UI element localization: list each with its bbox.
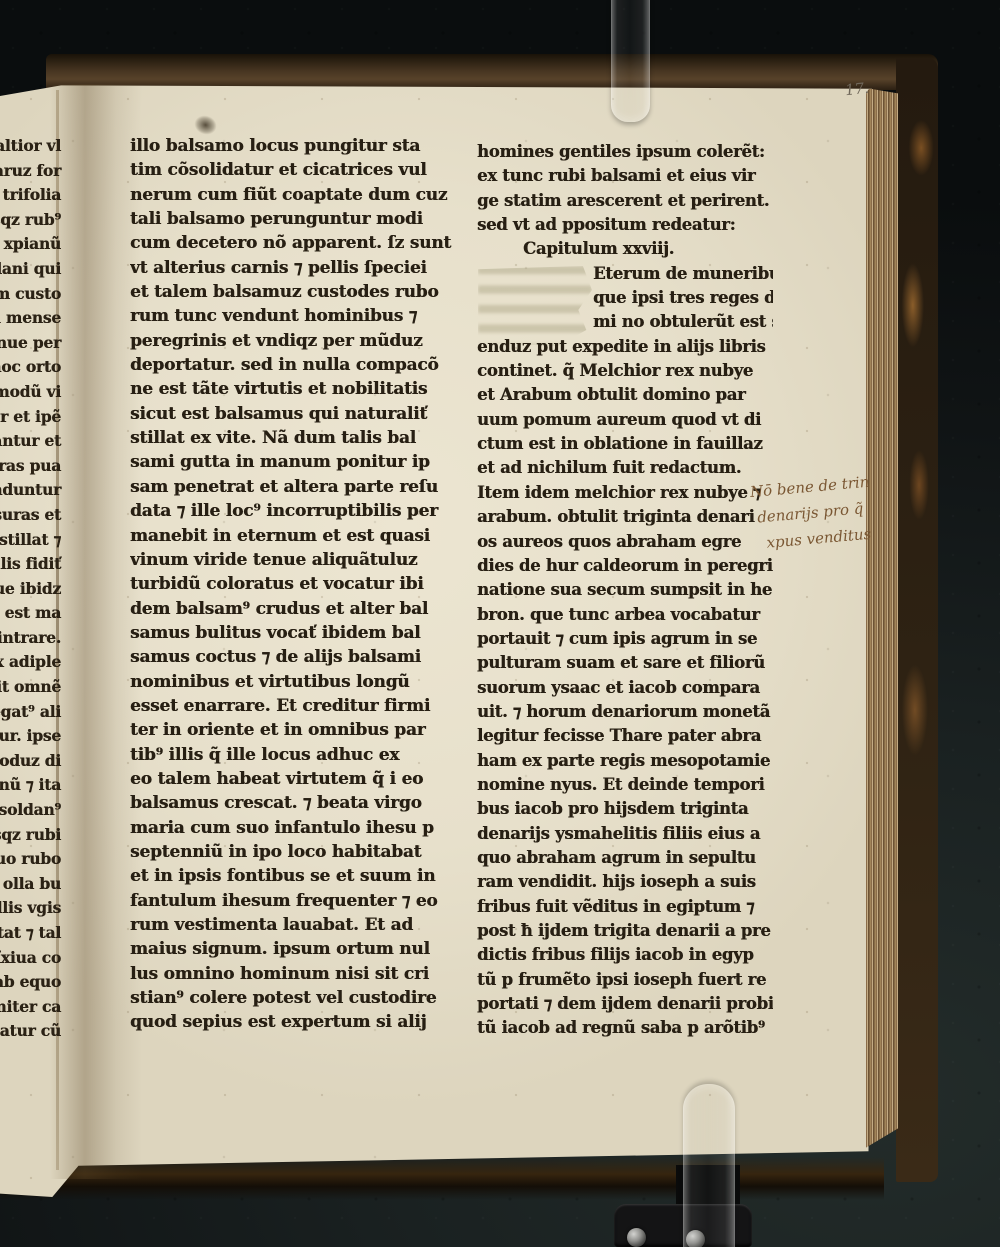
text-line: ne est tãte virtutis et nobilitatis xyxy=(130,379,468,403)
text-line: esens in hoc orto xyxy=(0,357,62,382)
folio-number: 17. xyxy=(844,79,870,99)
text-line: mi no obtulerũt est sci xyxy=(593,312,773,336)
page-clamp-strap-top xyxy=(611,0,650,122)
text-line: continet. q̃ Melchior rex nubye xyxy=(477,361,773,385)
text-line: et ad nichilum fuit redactum. xyxy=(477,458,773,482)
book-photograph: { "folio_number": "17.", "facing_page": … xyxy=(0,0,1000,1247)
text-line: suorum ysaac et iacob compara xyxy=(477,678,773,702)
text-line: rubi rosaruz for xyxy=(0,161,62,186)
text-line: sam penetrat et altera parte reſu xyxy=(130,477,468,501)
text-line: nerum cum fiũt coaptate dum cuz xyxy=(130,185,468,209)
text-line: vinum viride tenue aliquãtuluz xyxy=(130,550,468,574)
text-line: n et scissuras pua xyxy=(0,456,62,481)
text-line: tũ p frumẽto ipsi ioseph fuert re xyxy=(477,970,773,994)
text-line: e do supnatat ⁊ tal xyxy=(0,923,62,948)
text-line: us et vt bĩxiua co xyxy=(0,948,62,973)
left-text-column: illo balsamo locus pungitur statim cõsol… xyxy=(130,136,468,1037)
gutter-shadow xyxy=(50,84,142,1179)
text-line: os aureos quos abraham egre xyxy=(477,532,773,556)
right-text-column: homines gentiles ipsum colerẽt:ex tunc r… xyxy=(477,142,773,1043)
text-line: extillato soldan⁹ xyxy=(0,800,62,825)
text-line: tim cõsolidatur et cicatrices vul xyxy=(130,160,468,184)
text-line: samus coctus ⁊ de alijs balsami xyxy=(130,647,468,671)
text-line: lsamo plenũ ⁊ ita xyxy=(0,775,62,800)
text-line: et Arabum obtulit domino par xyxy=(477,385,773,409)
text-line: rum tunc vendunt hominibus ⁊ xyxy=(130,306,468,330)
text-line: esset enarrare. Et creditur firmi xyxy=(130,696,468,720)
facing-page-text-fragments: mòdicũ altior vlrubi rosaruz fora⁹ quasi… xyxy=(0,136,62,1070)
text-line: illo balsamo locus pungitur sta xyxy=(130,136,468,160)
handwritten-margin-note: Nō bene de trindenarijs pro q̃xpus vendi… xyxy=(749,465,915,557)
text-line: tali balsamo perunguntur modi xyxy=(130,209,468,233)
text-line: nomine nyus. Et deinde tempori xyxy=(477,775,773,799)
text-line: stillat ex vite. Nã dum talis bal xyxy=(130,428,468,452)
text-line: quo abraham agrum in sepultu xyxy=(477,848,773,872)
text-line: udie enormiter ca xyxy=(0,997,62,1022)
text-line: dem balsam⁹ crudus et alter bal xyxy=(130,599,468,623)
text-line: tib⁹ illis q̃ ille locus adhuc ex xyxy=(130,745,468,769)
text-line: nusquisqz rub⁹ xyxy=(0,210,62,235)
text-line: n mũdissiã olla bu xyxy=(0,874,62,899)
text-line: ex tunc rubi balsami et eius vir xyxy=(477,166,773,190)
text-line: corp⁹ suum custo xyxy=(0,284,62,309)
book-cover-right-edge xyxy=(896,58,938,1182)
text-line: ctum est in oblatione in fauillaz xyxy=(477,434,773,458)
text-line: portauit ⁊ cum ipis agrum in se xyxy=(477,629,773,653)
text-line: ũdat et in mense xyxy=(0,308,62,333)
text-line: pulturam suam et sare et filiorũ xyxy=(477,653,773,677)
text-line: homines gentiles ipsum colerẽt: xyxy=(477,142,773,166)
text-line: iqs homo ab equo xyxy=(0,972,62,997)
text-line: sami gutta in manum ponitur ip xyxy=(130,452,468,476)
fore-edge-page-block xyxy=(866,88,898,1154)
text-line: natione sua secum sumpsit in he xyxy=(477,580,773,604)
right-column-body: enduz put expedite in alijs libriscontin… xyxy=(477,337,773,1043)
book-cover-top-edge xyxy=(46,54,938,90)
text-line: fantulum ihesum frequenter ⁊ eo xyxy=(130,891,468,915)
text-line: q̃ ex vite stillat ⁊ xyxy=(0,530,62,555)
text-line: s vasculis fidiť xyxy=(0,554,62,579)
text-line: enduz put expedite in alijs libris xyxy=(477,337,773,361)
chapter-initial-paragraph: Eterum de muneribusque ipsi tres reges d… xyxy=(477,264,773,337)
text-line: iuis soldani qui xyxy=(0,259,62,284)
chapter-heading: Capitulum xxviij. xyxy=(523,239,773,263)
text-line: pecialem xpianũ xyxy=(0,234,62,259)
text-line: quod sepius est expertum si alij xyxy=(130,1012,468,1036)
text-line: a⁹ quasi trifolia xyxy=(0,185,62,210)
text-line: ram vendidit. hijs ioseph a suis xyxy=(477,872,773,896)
text-line: lsamo vix adiple xyxy=(0,652,62,677)
text-line: danus ⁹tinue per xyxy=(0,333,62,358)
text-line: sami in modũ vi xyxy=(0,382,62,407)
text-line: deportatur. sed in nulla compacõ xyxy=(130,355,468,379)
text-line: lus omnino hominum nisi sit cri xyxy=(130,964,468,988)
text-line: dies de hur caldeorum in peregri xyxy=(477,556,773,580)
text-line: arabum. obtulit triginta denari xyxy=(477,507,773,531)
text-line: rum vestimenta lauabat. Et ad xyxy=(130,915,468,939)
text-line: samus bulitus vocať ibidem bal xyxy=(130,623,468,647)
text-line: vniuscuiusqz rubi xyxy=(0,825,62,850)
text-line: mòdicũ altior vl xyxy=(0,136,62,161)
text-line: ini possit intrare. xyxy=(0,628,62,653)
text-line: que ipsi tres reges do xyxy=(593,288,773,312)
text-line: eo talem habeat virtutem q̃ i eo xyxy=(130,769,468,793)
text-line: legitur fecisse Thare pater abra xyxy=(477,726,773,750)
text-line: sed vt ad ppositum redeatur: xyxy=(477,215,773,239)
text-line: cum decetero nõ apparent. ſz sunt xyxy=(130,233,468,257)
text-line: et talem balsamuz custodes rubo xyxy=(130,282,468,306)
text-line: vt alterius carnis ⁊ pellis ſpeciei xyxy=(130,258,468,282)
text-line: post ħ ijdem trigita denarii a pre xyxy=(477,921,773,945)
text-line: balsamus crescat. ⁊ beata virgo xyxy=(130,793,468,817)
text-line: an⁹ recipit omnẽ xyxy=(0,677,62,702)
text-line: nominibus et virtutibus longũ xyxy=(130,672,468,696)
text-line: turbidũ coloratus et vocatur ibi xyxy=(130,574,468,598)
text-line: bus iacob pro hijsdem triginta xyxy=(477,799,773,823)
text-line: dictis fribus filijs iacob in egyp xyxy=(477,945,773,969)
text-line: denarijs ysmahelitis filiis eius a xyxy=(477,824,773,848)
text-line: vulnerãtur et ipẽ xyxy=(0,407,62,432)
text-line: uit. ⁊ horum denariorum monetã xyxy=(477,702,773,726)
bracket-screw-icon xyxy=(627,1228,646,1247)
text-line: uum pomum aureum quod vt di xyxy=(477,410,773,434)
text-line: q̃ tũc ex illis vgis xyxy=(0,898,62,923)
text-line: maria cum suo infantulo ihesu p xyxy=(130,818,468,842)
text-line: fribus fuit vẽditus in egiptum ⁊ xyxy=(477,897,773,921)
text-line: eteam que ibidz xyxy=(0,579,62,604)
text-line: maius signum. ipsum ortum nul xyxy=(130,939,468,963)
text-line: ſz cum legat⁹ ali xyxy=(0,702,62,727)
text-line: e modicũ est ma xyxy=(0,603,62,628)
right-column-intro: homines gentiles ipsum colerẽt:ex tunc r… xyxy=(477,142,773,239)
text-line: a tũc penduntur xyxy=(0,480,62,505)
text-line: bron. que tunc arbea vocabatur xyxy=(477,605,773,629)
text-line: ge statim arescerent et perirent. xyxy=(477,191,773,215)
text-line: nolũ in moduz di xyxy=(0,751,62,776)
text-line: portati ⁊ dem ijdem denarii probi xyxy=(477,994,773,1018)
text-line: septenniũ in ipo loco habitabat xyxy=(130,842,468,866)
text-line: irgas de suo rubo xyxy=(0,849,62,874)
text-line: ter in oriente et in omnibus par xyxy=(130,720,468,744)
page-clamp-strap-bottom xyxy=(683,1084,735,1247)
text-line: sicut est balsamus qui naturaliť xyxy=(130,404,468,428)
text-line: euz mittẽtur. ipse xyxy=(0,726,62,751)
text-line: stian⁹ colere potest vel custodire xyxy=(130,988,468,1012)
text-line: et in ipsis fontibus se et suum in xyxy=(130,866,468,890)
text-line: peregrinis et vndiqz per mũduz xyxy=(130,331,468,355)
text-line: ham ex parte regis mesopotamie xyxy=(477,751,773,775)
text-line: manebit in eternum et est quasi xyxy=(130,526,468,550)
text-line: Item idem melchior rex nubye ⁊ xyxy=(477,483,773,507)
text-line: bitur ⁊ q̃ssatur cũ xyxy=(0,1021,62,1046)
text-line: Eterum de muneribus xyxy=(593,264,773,288)
text-line: nus p scissuras et xyxy=(0,505,62,530)
text-line: tũ iacob ad regnũ saba p arõtib⁹ xyxy=(477,1018,773,1042)
text-line: data ⁊ ille loc⁹ incorruptibilis per xyxy=(130,501,468,525)
text-line: circũligantur et xyxy=(0,431,62,456)
